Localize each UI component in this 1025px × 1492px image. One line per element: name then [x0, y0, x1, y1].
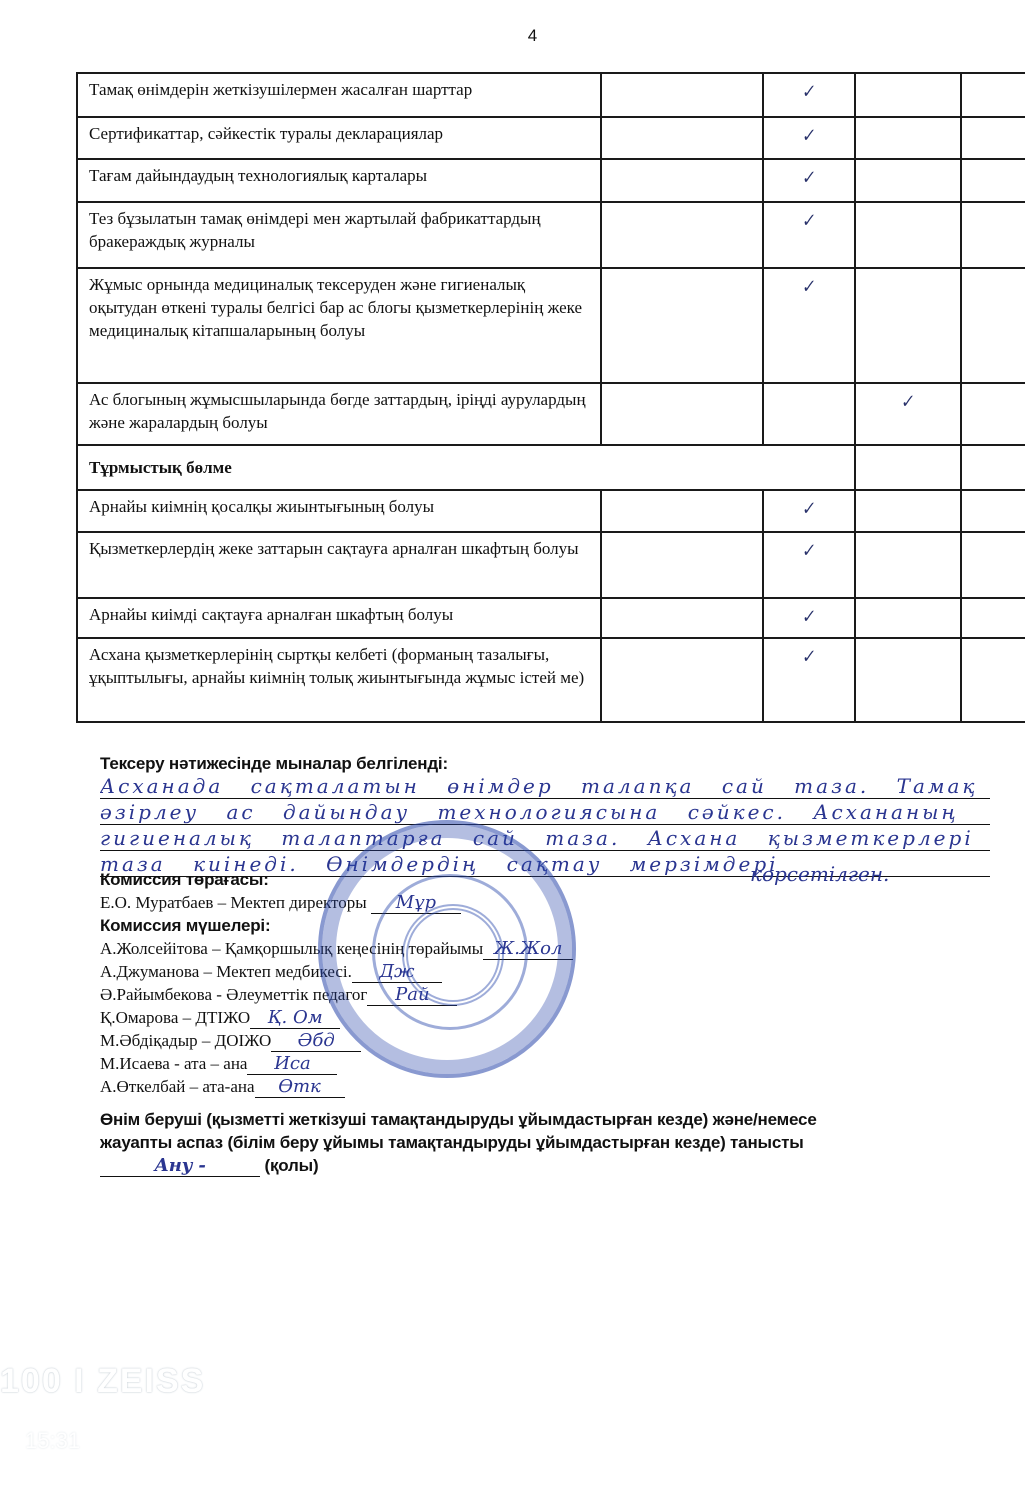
findings-line: әзірлеу ас дайындау технологиясына сәйке… [100, 800, 990, 825]
camera-watermark-brand: 100 I ZEISS [0, 1362, 205, 1401]
commission-chair-title: Комиссия төрағасы: [100, 868, 1000, 891]
commission-members-title: Комиссия мүшелері: [100, 914, 1000, 937]
checklist-row: Арнайы киімнің қосалқы жиынтығының болуы… [77, 490, 1025, 532]
mark-cell [601, 73, 763, 117]
mark-cell [601, 117, 763, 159]
mark-cell [961, 490, 1025, 532]
mark-cell [961, 73, 1025, 117]
mark-cell [601, 268, 763, 383]
mark-cell [601, 383, 763, 445]
commission-member: Ә.Райымбекова - Әлеуметтік педагогРай [100, 983, 1000, 1006]
criterion-text: Тез бұзылатын тамақ өнімдері мен жартыла… [77, 202, 601, 268]
findings-line: гигиеналық талаптарға сай таза. Асхана қ… [100, 826, 990, 851]
checklist-row: Тамақ өнімдерін жеткізушілермен жасалған… [77, 73, 1025, 117]
mark-cell [601, 159, 763, 202]
criterion-text: Арнайы киімнің қосалқы жиынтығының болуы [77, 490, 601, 532]
checkmark-icon: ✓ [801, 209, 817, 234]
mark-cell [855, 268, 961, 383]
commission-member: А.Жолсейітова – Қамқоршылық кеңесінің тө… [100, 937, 1000, 960]
commission-chair: Е.О. Муратбаев – Мектеп директоры Мұр [100, 891, 1000, 914]
mark-cell [601, 598, 763, 638]
mark-cell: ✓ [763, 638, 855, 722]
provider-text-line: Өнім беруші (қызметті жеткізуші тамақтан… [100, 1108, 1000, 1131]
commission-member: М.Әбдіқадыр – ДОІЖОӘбд [100, 1029, 1000, 1052]
commission-member: А.Джуманова – Мектеп медбикесі.Дж [100, 960, 1000, 983]
checklist-row: Жұмыс орнында медициналық тексеруден жән… [77, 268, 1025, 383]
signature: Ж.Жол [483, 941, 573, 960]
checklist-row: Сертификаттар, сәйкестік туралы декларац… [77, 117, 1025, 159]
criterion-text: Сертификаттар, сәйкестік туралы декларац… [77, 117, 601, 159]
mark-cell: ✓ [763, 532, 855, 598]
commission-member: А.Өткелбай – ата-анаӨтк [100, 1075, 1000, 1098]
member-name: М.Әбдіқадыр – ДОІЖО [100, 1031, 271, 1050]
checklist-row: Тез бұзылатын тамақ өнімдері мен жартыла… [77, 202, 1025, 268]
member-name: Қ.Омарова – ДТІЖО [100, 1008, 250, 1027]
checkmark-icon: ✓ [801, 80, 817, 105]
criterion-text: Ас блогының жұмысшыларында бөгде заттард… [77, 383, 601, 445]
mark-cell [961, 117, 1025, 159]
checkmark-icon: ✓ [801, 645, 817, 670]
empty-cell [855, 445, 961, 490]
findings-line: Асханада сақталатын өнімдер талапқа сай … [100, 774, 990, 799]
checkmark-icon: ✓ [900, 390, 916, 415]
mark-cell: ✓ [763, 73, 855, 117]
signature: Өтк [255, 1079, 345, 1098]
mark-cell [763, 383, 855, 445]
section-header-row: Тұрмыстық бөлме [77, 445, 1025, 490]
checkmark-icon: ✓ [801, 275, 817, 300]
mark-cell [961, 268, 1025, 383]
empty-cell [961, 445, 1025, 490]
member-name: М.Исаева - ата – ана [100, 1054, 247, 1073]
signature: Ану - [100, 1158, 260, 1177]
provider-text-line: жауапты аспаз (білім беру ұйымы тамақтан… [100, 1131, 1000, 1154]
criterion-text: Қызметкерлердің жеке заттарын сақтауға а… [77, 532, 601, 598]
mark-cell [855, 202, 961, 268]
checklist-row: Арнайы киімді сақтауға арналған шкафтың … [77, 598, 1025, 638]
member-name: А.Жолсейітова – Қамқоршылық кеңесінің тө… [100, 939, 483, 958]
checkmark-icon: ✓ [801, 497, 817, 522]
mark-cell [961, 638, 1025, 722]
signature: Дж [352, 964, 442, 983]
mark-cell [961, 598, 1025, 638]
provider-acknowledgement: Өнім беруші (қызметті жеткізуші тамақтан… [100, 1108, 1000, 1177]
mark-cell [855, 73, 961, 117]
mark-cell [961, 202, 1025, 268]
signature: Рай [367, 987, 457, 1006]
checklist-row: Тағам дайындаудың технологиялық карталар… [77, 159, 1025, 202]
page-number: 4 [0, 26, 1025, 46]
signature: Қ. Ом [250, 1010, 340, 1029]
mark-cell: ✓ [763, 159, 855, 202]
mark-cell [601, 202, 763, 268]
mark-cell [855, 638, 961, 722]
criterion-text: Жұмыс орнында медициналық тексеруден жән… [77, 268, 601, 383]
commission-member: М.Исаева - ата – анаИса [100, 1052, 1000, 1075]
checkmark-icon: ✓ [801, 605, 817, 630]
signature-label: (қолы) [265, 1156, 319, 1175]
mark-cell [961, 532, 1025, 598]
mark-cell: ✓ [763, 117, 855, 159]
provider-signature-row: Ану - (қолы) [100, 1154, 1000, 1177]
findings-title: Тексеру нәтижесінде мыналар белгіленді: [100, 752, 1000, 775]
checkmark-icon: ✓ [801, 166, 817, 191]
checklist-row: Ас блогының жұмысшыларында бөгде заттард… [77, 383, 1025, 445]
mark-cell: ✓ [763, 598, 855, 638]
inspection-checklist-table: Тамақ өнімдерін жеткізушілермен жасалған… [76, 72, 1025, 723]
commission-section: Комиссия төрағасы: Е.О. Муратбаев – Мект… [100, 868, 1000, 960]
criterion-text: Асхана қызметкерлерінің сыртқы келбеті (… [77, 638, 601, 722]
checklist-row: Қызметкерлердің жеке заттарын сақтауға а… [77, 532, 1025, 598]
criterion-text: Арнайы киімді сақтауға арналған шкафтың … [77, 598, 601, 638]
member-name: Ә.Райымбекова - Әлеуметтік педагог [100, 985, 367, 1004]
section-title: Тұрмыстық бөлме [77, 445, 855, 490]
signature: Мұр [371, 895, 461, 914]
camera-watermark-time: 15:31 [25, 1428, 80, 1454]
mark-cell: ✓ [855, 383, 961, 445]
criterion-text: Тағам дайындаудың технологиялық карталар… [77, 159, 601, 202]
signature: Иса [247, 1056, 337, 1075]
mark-cell [855, 532, 961, 598]
checkmark-icon: ✓ [801, 124, 817, 149]
mark-cell [855, 598, 961, 638]
commission-members-list: А.Жолсейітова – Қамқоршылық кеңесінің тө… [100, 937, 1000, 960]
mark-cell [601, 638, 763, 722]
mark-cell [961, 159, 1025, 202]
chair-name: Е.О. Муратбаев – Мектеп директоры [100, 893, 367, 912]
mark-cell [961, 383, 1025, 445]
commission-member: Қ.Омарова – ДТІЖОҚ. Ом [100, 1006, 1000, 1029]
mark-cell: ✓ [763, 268, 855, 383]
member-name: А.Джуманова – Мектеп медбикесі. [100, 962, 352, 981]
member-name: А.Өткелбай – ата-ана [100, 1077, 255, 1096]
mark-cell [855, 159, 961, 202]
checklist-row: Асхана қызметкерлерінің сыртқы келбеті (… [77, 638, 1025, 722]
mark-cell [855, 490, 961, 532]
mark-cell [855, 117, 961, 159]
mark-cell: ✓ [763, 490, 855, 532]
signature: Әбд [271, 1033, 361, 1052]
checkmark-icon: ✓ [801, 539, 817, 564]
mark-cell [601, 532, 763, 598]
mark-cell: ✓ [763, 202, 855, 268]
mark-cell [601, 490, 763, 532]
criterion-text: Тамақ өнімдерін жеткізушілермен жасалған… [77, 73, 601, 117]
